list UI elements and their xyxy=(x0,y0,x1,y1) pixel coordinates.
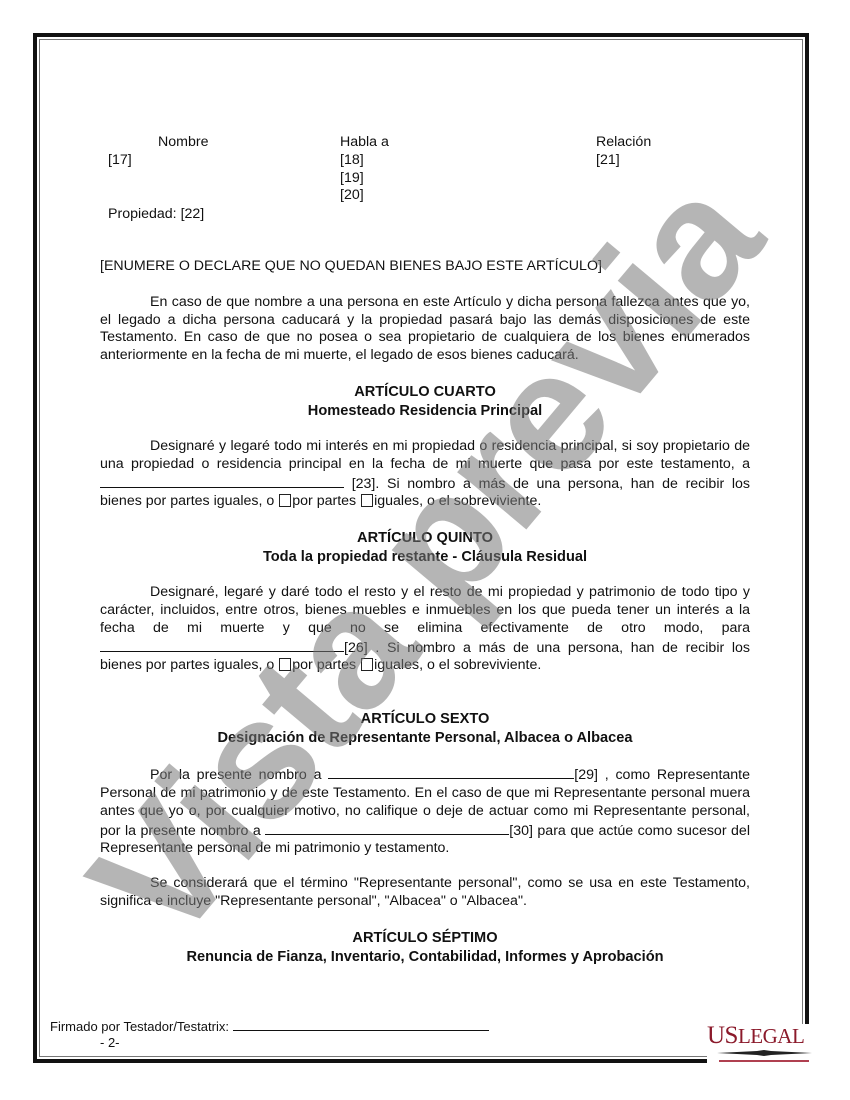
logo-wordmark: USLEGAL xyxy=(707,1024,822,1048)
field-20: [20] xyxy=(340,187,364,205)
checkbox-survivor-residual[interactable] xyxy=(361,658,373,671)
article-5-option-1: por partes xyxy=(292,657,356,673)
uslegal-logo: USLEGAL xyxy=(707,1024,822,1064)
signature-label: Firmado por Testador/Testatrix: xyxy=(50,1019,229,1034)
checkbox-equal-shares[interactable] xyxy=(279,494,291,507)
lapse-paragraph: En caso de que nombre a una persona en e… xyxy=(100,294,750,365)
field-26-blank[interactable] xyxy=(100,638,344,652)
signature-line: Firmado por Testador/Testatrix: xyxy=(50,1019,489,1034)
article-7-subtitle: Renuncia de Fianza, Inventario, Contabil… xyxy=(100,948,750,967)
field-19: [19] xyxy=(340,170,364,188)
property-line: Propiedad: [22] xyxy=(108,206,204,224)
article-6-subtitle: Designación de Representante Personal, A… xyxy=(100,729,750,748)
article-6-paragraph: Por la presente nombro a [29] , como Rep… xyxy=(100,765,750,858)
signature-field[interactable] xyxy=(233,1019,489,1031)
document-body: Nombre Habla a Relación [17] [18] [19] [… xyxy=(100,134,750,967)
eagle-wing-icon xyxy=(717,1050,812,1056)
article-4-option-2: iguales, o el sobreviviente. xyxy=(374,493,541,509)
checkbox-equal-shares-residual[interactable] xyxy=(279,658,291,671)
field-29-ref: [29] xyxy=(574,767,598,783)
field-21: [21] xyxy=(596,152,620,170)
beneficiary-table: Nombre Habla a Relación [17] [18] [19] [… xyxy=(100,134,750,230)
field-29-blank[interactable] xyxy=(328,765,574,779)
article-4-paragraph: Designaré y legaré todo mi interés en mi… xyxy=(100,438,750,511)
article-6-text-1: Por la presente nombro a xyxy=(150,767,321,783)
article-4-subtitle: Homesteado Residencia Principal xyxy=(100,402,750,421)
header-habla-a: Habla a xyxy=(340,134,389,152)
article-5-text-1: Designaré, legaré y daré todo el resto y… xyxy=(100,584,750,636)
lapse-paragraph-text: En caso de que nombre a una persona en e… xyxy=(100,294,750,363)
checkbox-survivor[interactable] xyxy=(361,494,373,507)
enumerate-instruction: [ENUMERE O DECLARE QUE NO QUEDAN BIENES … xyxy=(100,258,750,276)
field-26-ref: [26] xyxy=(344,640,368,656)
field-30-ref: [30] xyxy=(509,823,533,839)
logo-tagline-bar xyxy=(719,1060,809,1062)
article-6-title: ARTÍCULO SEXTO xyxy=(100,710,750,729)
field-18: [18] xyxy=(340,152,364,170)
article-4-text-1: Designaré y legaré todo mi interés en mi… xyxy=(100,438,750,472)
article-5-paragraph: Designaré, legaré y daré todo el resto y… xyxy=(100,584,750,675)
header-nombre: Nombre xyxy=(158,134,208,152)
article-4-title: ARTÍCULO CUARTO xyxy=(100,383,750,402)
field-30-blank[interactable] xyxy=(265,821,509,835)
logo-us: US xyxy=(707,1022,738,1049)
article-6-definition-text: Se considerará que el término "Represent… xyxy=(100,875,750,909)
article-5-subtitle: Toda la propiedad restante - Cláusula Re… xyxy=(100,548,750,567)
article-5-option-2: iguales, o el sobreviviente. xyxy=(374,657,541,673)
article-5-title: ARTÍCULO QUINTO xyxy=(100,529,750,548)
article-4-option-1: por partes xyxy=(292,493,356,509)
article-6-paragraph-2: Se considerará que el término "Represent… xyxy=(100,875,750,911)
page-number: - 2- xyxy=(100,1035,120,1050)
field-17: [17] xyxy=(108,152,132,170)
logo-legal: LEGAL xyxy=(738,1024,804,1048)
field-23-blank[interactable] xyxy=(100,474,344,488)
header-relacion: Relación xyxy=(596,134,651,152)
field-23-ref: [23] xyxy=(352,476,376,492)
article-7-title: ARTÍCULO SÉPTIMO xyxy=(100,929,750,948)
